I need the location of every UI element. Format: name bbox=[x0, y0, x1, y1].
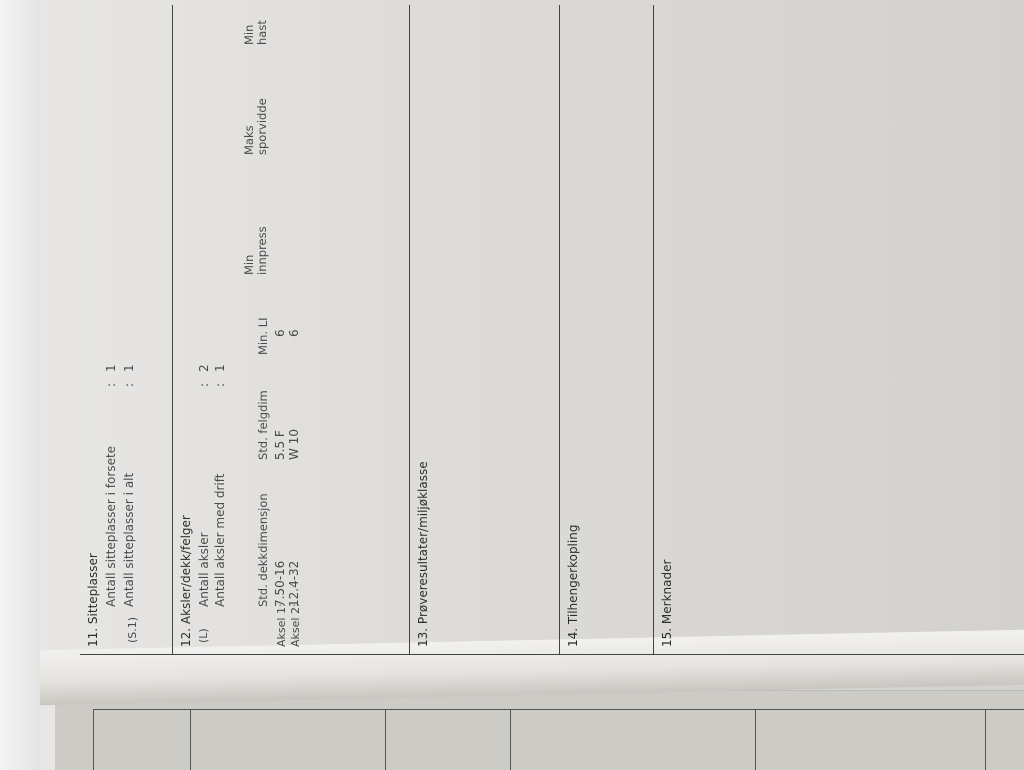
section-aksler: 12. Aksler/dekk/felger (L) Antall aksler… bbox=[172, 5, 410, 655]
row-label: Antall sitteplasser i forsete bbox=[104, 446, 118, 607]
row-sep: : bbox=[122, 383, 136, 387]
row-label: Antall sitteplasser i alt bbox=[122, 473, 136, 607]
section-border bbox=[173, 654, 410, 655]
table-line bbox=[93, 709, 1024, 710]
table-divider bbox=[510, 709, 511, 770]
section-tilhengerkopling: 14. Tilhengerkopling bbox=[559, 5, 654, 655]
tire-dimension: 7.50-16 bbox=[273, 561, 287, 607]
row-value: 1 bbox=[213, 364, 227, 372]
column-header: Min. LI bbox=[257, 317, 270, 355]
table-divider bbox=[985, 709, 986, 770]
section-number: 12. bbox=[179, 628, 193, 647]
row-sep: : bbox=[213, 383, 227, 387]
column-header: Maks sporvidde bbox=[243, 95, 269, 155]
column-header: Std. dekkdimensjon bbox=[257, 493, 270, 607]
rim-dimension: 5.5 F bbox=[273, 430, 287, 460]
load-index: 6 bbox=[273, 329, 287, 337]
axle-label: Aksel 2: bbox=[289, 603, 302, 647]
section-12-title: 12. Aksler/dekk/felger bbox=[179, 515, 193, 647]
section-title: Prøveresultater/miljøklasse bbox=[416, 461, 430, 624]
section-code: (S.1) bbox=[126, 617, 139, 643]
table-divider bbox=[93, 709, 94, 770]
section-border bbox=[654, 654, 1024, 655]
section-border bbox=[80, 654, 172, 655]
row-value: 2 bbox=[197, 364, 211, 372]
row-sep: : bbox=[197, 383, 211, 387]
column-header: Min innpress bbox=[243, 225, 269, 275]
axle-label: Aksel 1: bbox=[275, 603, 288, 647]
section-number: 11. bbox=[86, 628, 100, 647]
section-11-title: 11. Sitteplasser bbox=[86, 553, 100, 647]
section-code: (L) bbox=[197, 628, 210, 643]
section-title: Aksler/dekk/felger bbox=[179, 515, 193, 624]
section-14-title: 14. Tilhengerkopling bbox=[566, 525, 580, 647]
load-index: 6 bbox=[287, 329, 301, 337]
row-sep: : bbox=[104, 383, 118, 387]
tire-dimension: 12.4-32 bbox=[287, 561, 301, 607]
row-label: Antall aksler bbox=[197, 532, 211, 607]
section-title: Tilhengerkopling bbox=[566, 525, 580, 625]
underlying-sheet bbox=[55, 690, 1024, 770]
section-number: 14. bbox=[566, 628, 580, 647]
row-label: Antall aksler med drift bbox=[213, 474, 227, 607]
table-divider bbox=[385, 709, 386, 770]
section-15-title: 15. Merknader bbox=[660, 560, 674, 647]
row-value: 1 bbox=[104, 364, 118, 372]
rim-dimension: W 10 bbox=[287, 429, 301, 460]
binder-edge bbox=[0, 0, 40, 770]
document-page: 11. Sitteplasser (S.1) Antall sitteplass… bbox=[80, 5, 1024, 655]
row-value: 1 bbox=[122, 364, 136, 372]
section-title: Merknader bbox=[660, 560, 674, 625]
section-sitteplasser: 11. Sitteplasser (S.1) Antall sitteplass… bbox=[80, 5, 172, 655]
table-divider bbox=[190, 709, 191, 770]
table-divider bbox=[755, 709, 756, 770]
section-merknader: 15. Merknader bbox=[653, 5, 1024, 655]
column-header: Min hast bbox=[243, 15, 269, 45]
section-border bbox=[560, 654, 654, 655]
section-border bbox=[410, 654, 560, 655]
section-number: 13. bbox=[416, 628, 430, 647]
section-13-title: 13. Prøveresultater/miljøklasse bbox=[416, 461, 430, 647]
section-proveresultater: 13. Prøveresultater/miljøklasse bbox=[409, 5, 560, 655]
section-title: Sitteplasser bbox=[86, 553, 100, 624]
section-number: 15. bbox=[660, 628, 674, 647]
column-header: Std. felgdim bbox=[257, 390, 270, 460]
